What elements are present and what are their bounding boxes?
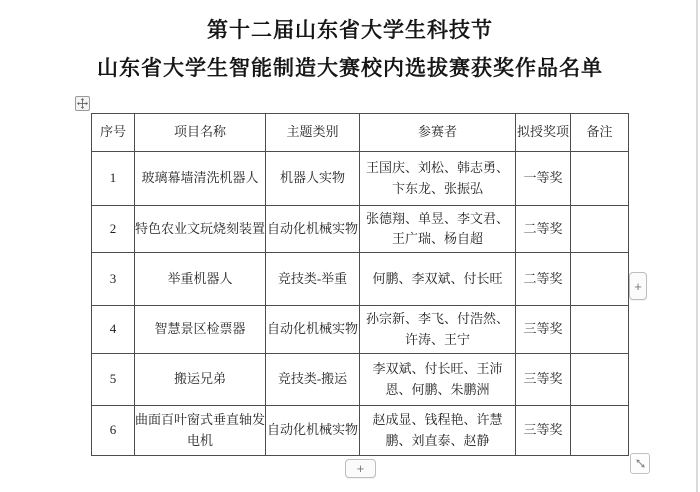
cell-category[interactable]: 自动化机械实物 — [266, 406, 360, 456]
cell-participants[interactable]: 王国庆、刘松、韩志勇、卞东龙、张振弘 — [360, 152, 516, 206]
cell-project[interactable]: 玻璃幕墙清洗机器人 — [135, 152, 266, 206]
cell-award[interactable]: 二等奖 — [516, 206, 571, 253]
cell-no[interactable]: 2 — [92, 206, 135, 253]
table-row: 5 搬运兄弟 竞技类-搬运 李双斌、付长旺、王沛恩、何鹏、朱鹏洲 三等奖 — [92, 354, 629, 406]
header-cell-category[interactable]: 主题类别 — [266, 114, 360, 152]
table-row: 3 举重机器人 竞技类-举重 何鹏、李双斌、付长旺 二等奖 — [92, 253, 629, 306]
cell-no[interactable]: 3 — [92, 253, 135, 306]
cell-note[interactable] — [571, 406, 629, 456]
header-cell-project[interactable]: 项目名称 — [135, 114, 266, 152]
awards-table: 序号 项目名称 主题类别 参赛者 拟授奖项 备注 1 玻璃幕墙清洗机器人 机器人… — [91, 113, 629, 456]
table-row: 6 曲面百叶窗式垂直轴发电机 自动化机械实物 赵成显、钱程艳、许慧鹏、刘直泰、赵… — [92, 406, 629, 456]
cell-no[interactable]: 5 — [92, 354, 135, 406]
header-cell-participants[interactable]: 参赛者 — [360, 114, 516, 152]
cell-note[interactable] — [571, 306, 629, 354]
cell-award[interactable]: 二等奖 — [516, 253, 571, 306]
header-cell-note[interactable]: 备注 — [571, 114, 629, 152]
cell-category[interactable]: 机器人实物 — [266, 152, 360, 206]
cell-note[interactable] — [571, 206, 629, 253]
cell-award[interactable]: 一等奖 — [516, 152, 571, 206]
cell-note[interactable] — [571, 253, 629, 306]
page-edge-line — [696, 0, 698, 492]
cell-project[interactable]: 曲面百叶窗式垂直轴发电机 — [135, 406, 266, 456]
add-row-button[interactable]: + — [345, 459, 376, 478]
page-subtitle[interactable]: 山东省大学生智能制造大赛校内选拔赛获奖作品名单 — [0, 52, 700, 82]
move-icon — [77, 98, 88, 109]
table-row: 2 特色农业文玩烧刻装置 自动化机械实物 张德翔、单昱、李文君、王广瑞、杨自超 … — [92, 206, 629, 253]
cell-note[interactable] — [571, 354, 629, 406]
cell-no[interactable]: 1 — [92, 152, 135, 206]
cell-project[interactable]: 特色农业文玩烧刻装置 — [135, 206, 266, 253]
cell-participants[interactable]: 何鹏、李双斌、付长旺 — [360, 253, 516, 306]
cell-category[interactable]: 竞技类-搬运 — [266, 354, 360, 406]
table-header-row: 序号 项目名称 主题类别 参赛者 拟授奖项 备注 — [92, 114, 629, 152]
cell-no[interactable]: 4 — [92, 306, 135, 354]
cell-award[interactable]: 三等奖 — [516, 306, 571, 354]
cell-award[interactable]: 三等奖 — [516, 354, 571, 406]
cell-note[interactable] — [571, 152, 629, 206]
cell-participants[interactable]: 赵成显、钱程艳、许慧鹏、刘直泰、赵静 — [360, 406, 516, 456]
header-cell-award[interactable]: 拟授奖项 — [516, 114, 571, 152]
cell-category[interactable]: 自动化机械实物 — [266, 306, 360, 354]
resize-icon — [634, 457, 647, 470]
cell-project[interactable]: 智慧景区检票器 — [135, 306, 266, 354]
cell-category[interactable]: 自动化机械实物 — [266, 206, 360, 253]
cell-participants[interactable]: 孙宗新、李飞、付浩然、许涛、王宁 — [360, 306, 516, 354]
cell-category[interactable]: 竞技类-举重 — [266, 253, 360, 306]
cell-participants[interactable]: 李双斌、付长旺、王沛恩、何鹏、朱鹏洲 — [360, 354, 516, 406]
page-title[interactable]: 第十二届山东省大学生科技节 — [0, 14, 700, 44]
cell-project[interactable]: 举重机器人 — [135, 253, 266, 306]
document-page: 第十二届山东省大学生科技节 山东省大学生智能制造大赛校内选拔赛获奖作品名单 — [0, 0, 700, 492]
cell-participants[interactable]: 张德翔、单昱、李文君、王广瑞、杨自超 — [360, 206, 516, 253]
table-move-handle[interactable] — [75, 96, 90, 111]
add-column-button[interactable]: + — [629, 272, 647, 300]
cell-project[interactable]: 搬运兄弟 — [135, 354, 266, 406]
cell-no[interactable]: 6 — [92, 406, 135, 456]
table-row: 4 智慧景区检票器 自动化机械实物 孙宗新、李飞、付浩然、许涛、王宁 三等奖 — [92, 306, 629, 354]
header-cell-no[interactable]: 序号 — [92, 114, 135, 152]
cell-award[interactable]: 三等奖 — [516, 406, 571, 456]
table-resize-handle[interactable] — [630, 453, 650, 474]
table-row: 1 玻璃幕墙清洗机器人 机器人实物 王国庆、刘松、韩志勇、卞东龙、张振弘 一等奖 — [92, 152, 629, 206]
